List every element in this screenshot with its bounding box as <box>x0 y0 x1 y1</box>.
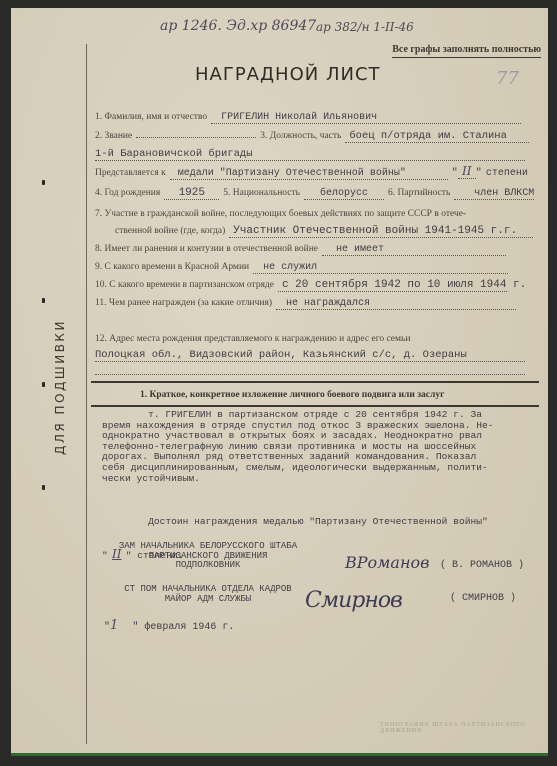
field-presented-to: Представляется к медали "Партизану Отече… <box>95 162 539 180</box>
field-war-participation: 7. Участие в гражданской войне, последую… <box>95 203 539 221</box>
field-label: ственной войне (где, когда) <box>115 226 225 236</box>
field-war-participation-cont: ственной войне (где, когда) Участник Оте… <box>115 220 539 238</box>
binding-margin-line <box>86 44 87 744</box>
rank-value <box>136 137 256 138</box>
field-full-name: 1. Фамилия, имя и отчество ГРИГЕЛИН Нико… <box>95 106 539 124</box>
position-value: боец п/отряда им. Сталина <box>345 130 529 143</box>
birth-year-value: 1925 <box>164 187 219 200</box>
field-label: 10. С какого времени в партизанском отря… <box>95 280 274 290</box>
award-value: медали "Партизану Отечественной войны" <box>170 168 448 180</box>
page-title: НАГРАДНОЙ ЛИСТ <box>195 64 381 85</box>
field-label: 4. Год рождения <box>95 188 160 198</box>
section-divider <box>91 381 539 383</box>
feat-description: т. ГРИГЕЛИН в партизанском отряде с 20 с… <box>102 410 522 484</box>
binding-hole-icon <box>42 485 45 490</box>
field-label: 7. Участие в гражданской войне, последую… <box>95 209 466 219</box>
signatory-2-name: ( СМИРНОВ ) <box>450 593 516 604</box>
field-birth-nationality-party: 4. Год рождения 1925 5. Национальность б… <box>95 182 539 200</box>
address-blank-line <box>95 362 525 375</box>
field-wounds: 8. Имеет ли ранения и контузии в отечест… <box>95 238 539 256</box>
field-red-army: 9. С какого времени в Красной Армии не с… <box>95 256 539 274</box>
binding-label: ДЛЯ ПОДШИВКИ <box>53 319 67 455</box>
degree-label: степени <box>486 168 528 179</box>
signatory-1-title: ЗАМ НАЧАЛЬНИКА БЕЛОРУССКОГО ШТАБА ПАРТИЗ… <box>98 542 318 571</box>
binding-hole-icon <box>42 298 45 303</box>
field-label: 11. Чем ранее награжден (за какие отличи… <box>95 298 272 308</box>
field-label: 6. Партийность <box>388 188 450 198</box>
date-rest: " февраля 1946 г. <box>132 622 234 633</box>
party-value: член ВЛКСМ <box>454 188 534 200</box>
position-value-cont: 1-й Барановичской бригады <box>95 148 525 161</box>
field-label: 9. С какого времени в Красной Армии <box>95 262 249 272</box>
archive-mark: ар 1246. Эд.хр 86947 <box>160 18 316 34</box>
partisan-since-value: с 20 сентября 1942 по 10 июля 1944 г. <box>278 279 507 292</box>
field-position-cont: 1-й Барановичской бригады <box>95 143 539 161</box>
full-name-value: ГРИГЕЛИН Николай Ильянович <box>211 112 521 124</box>
war-participation-value: Участник Отечественной войны 1941-1945 г… <box>229 225 533 238</box>
page-number-handwritten: 77 <box>496 68 519 89</box>
fill-all-fields-note: Все графы заполнять полностью <box>392 44 541 58</box>
binding-hole-icon <box>42 382 45 387</box>
field-address-blank-row <box>95 362 539 380</box>
signatory-2-title: СТ ПОМ НАЧАЛЬНИКА ОТДЕЛА КАДРОВ МАЙОР АД… <box>98 585 318 604</box>
printer-imprint: ТИПОГРАФИЯ ШТАБА ПАРТИЗАНСКОГО ДВИЖЕНИЯ <box>380 722 557 734</box>
scan-edge-strip <box>11 753 548 756</box>
red-army-value: не служил <box>253 262 508 274</box>
date-day: 1 <box>110 618 118 633</box>
field-label: 3. Должность, часть <box>260 131 341 141</box>
field-label: 1. Фамилия, имя и отчество <box>95 112 207 122</box>
field-label: 8. Имеет ли ранения и контузии в отечест… <box>95 244 318 254</box>
prior-awards-value: не награждался <box>276 298 516 310</box>
field-partisan-since: 10. С какого времени в партизанском отря… <box>95 274 539 292</box>
section-heading: 1. Краткое, конкретное изложение личного… <box>140 390 444 400</box>
field-prior-awards: 11. Чем ранее награжден (за какие отличи… <box>95 292 539 310</box>
binding-hole-icon <box>42 180 45 185</box>
field-label: 2. Звание <box>95 131 132 141</box>
field-rank-position: 2. Звание 3. Должность, часть боец п/отр… <box>95 125 539 143</box>
section-divider <box>91 405 539 407</box>
degree-value: II <box>458 164 476 179</box>
signatory-2-signature: Смирнов <box>305 588 402 613</box>
document-date: "1 " февраля 1946 г. <box>104 618 234 633</box>
recommendation-text: Достоин награждения медалью "Партизану О… <box>102 517 522 528</box>
signatory-1-signature: ВРоманов <box>345 553 429 572</box>
field-label: Представляется к <box>95 168 166 178</box>
field-address-value-row: Полоцкая обл., Видзовский район, Казьянс… <box>95 344 539 362</box>
archive-mark-2: ар 382/н 1-II-46 <box>316 20 414 34</box>
field-label: 12. Адрес места рождения представляемого… <box>95 334 410 344</box>
field-label: 5. Национальность <box>223 188 300 198</box>
wounds-value: не имеет <box>322 244 506 256</box>
address-value: Полоцкая обл., Видзовский район, Казьянс… <box>95 349 525 362</box>
signatory-1-name: ( В. РОМАНОВ ) <box>440 560 524 571</box>
nationality-value: белорусс <box>304 188 384 200</box>
